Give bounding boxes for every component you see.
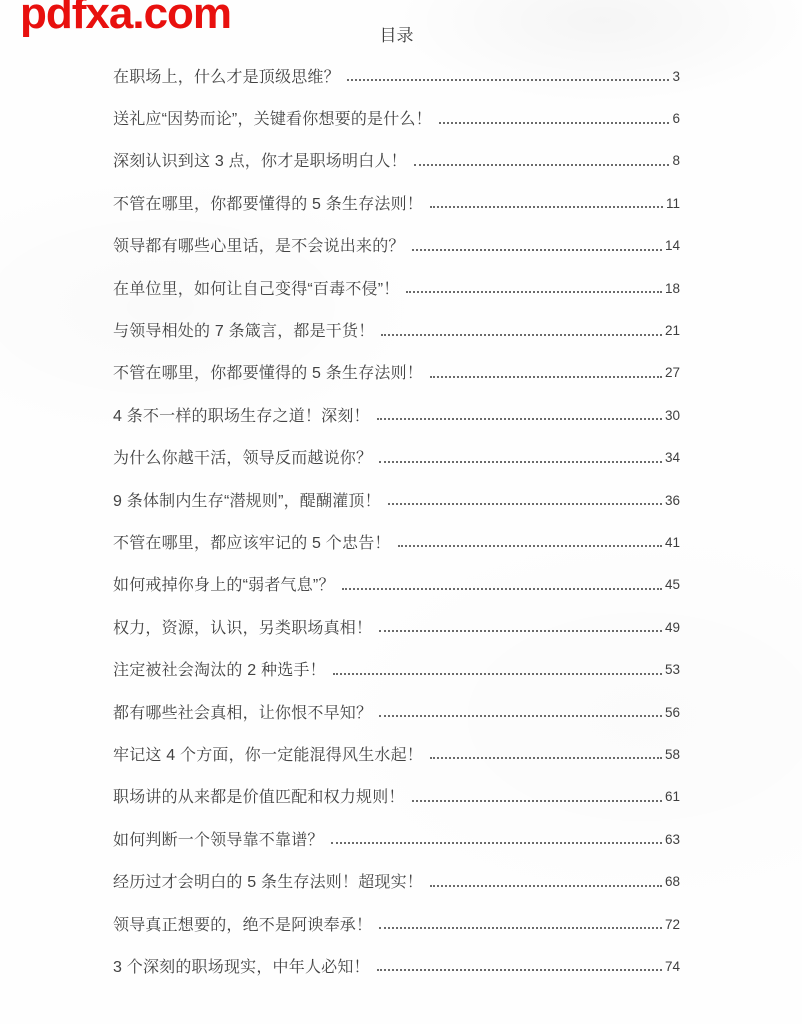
toc-entry-title: 3 个深刻的职场现实，中年人必知！ xyxy=(113,954,370,977)
toc-entry-title: 权力，资源，认识，另类职场真相！ xyxy=(113,615,372,638)
toc-entry-title: 领导真正想要的，绝不是阿谀奉承！ xyxy=(113,912,372,935)
toc-entry-page: 36 xyxy=(665,493,680,508)
dot-leader xyxy=(430,206,663,208)
dot-leader xyxy=(381,334,662,336)
toc-entry-page: 45 xyxy=(665,577,680,592)
toc-entry-page: 6 xyxy=(672,111,680,126)
toc-entry: 不管在哪里，都应该牢记的 5 个忠告！41 xyxy=(113,520,680,562)
dot-leader xyxy=(379,630,662,632)
toc-entry-title: 如何判断一个领导靠不靠谱？ xyxy=(113,827,324,850)
toc-entry-page: 21 xyxy=(665,323,680,338)
toc-entry-page: 58 xyxy=(665,747,680,762)
toc-entry: 如何判断一个领导靠不靠谱？63 xyxy=(113,817,680,859)
toc-entry-page: 61 xyxy=(665,789,680,804)
toc-entry: 领导都有哪些心里话，是不会说出来的？14 xyxy=(113,224,680,266)
toc-entry-page: 27 xyxy=(665,365,680,380)
toc-entry-title: 深刻认识到这 3 点，你才是职场明白人！ xyxy=(113,148,407,171)
dot-leader xyxy=(439,122,670,124)
dot-leader xyxy=(430,885,662,887)
toc-entry-title: 不管在哪里，都应该牢记的 5 个忠告！ xyxy=(113,530,391,553)
toc-entry-title: 在单位里，如何让自己变得“百毒不侵”！ xyxy=(113,276,399,299)
dot-leader xyxy=(414,164,670,166)
dot-leader xyxy=(379,461,662,463)
toc-entry-title: 都有哪些社会真相，让你恨不早知？ xyxy=(113,700,372,723)
dot-leader xyxy=(331,842,662,844)
dot-leader xyxy=(347,79,670,81)
toc-entry-page: 34 xyxy=(665,450,680,465)
toc-entry-title: 4 条不一样的职场生存之道！深刻！ xyxy=(113,403,370,426)
toc-entry: 经历过才会明白的 5 条生存法则！超现实！68 xyxy=(113,859,680,901)
toc-entry-title: 如何戒掉你身上的“弱者气息”？ xyxy=(113,572,335,595)
toc-entry: 9 条体制内生存“潜规则”，醍醐灌顶！36 xyxy=(113,478,680,520)
toc-entry-title: 送礼应“因势而论”，关键看你想要的是什么！ xyxy=(113,106,432,129)
toc-entry-title: 牢记这 4 个方面，你一定能混得风生水起！ xyxy=(113,742,423,765)
document-page: 目录 在职场上，什么才是顶级思维？3 送礼应“因势而论”，关键看你想要的是什么！… xyxy=(113,24,680,987)
toc-entry-page: 56 xyxy=(665,705,680,720)
toc-entry-title: 注定被社会淘汰的 2 种选手！ xyxy=(113,657,326,680)
toc-entry-page: 68 xyxy=(665,874,680,889)
dot-leader xyxy=(377,418,662,420)
toc-entry: 都有哪些社会真相，让你恨不早知？56 xyxy=(113,690,680,732)
toc-entry-page: 49 xyxy=(665,620,680,635)
toc-entry: 领导真正想要的，绝不是阿谀奉承！72 xyxy=(113,902,680,944)
toc-entry-title: 不管在哪里，你都要懂得的 5 条生存法则！ xyxy=(113,360,423,383)
toc-entry: 在职场上，什么才是顶级思维？3 xyxy=(113,54,680,96)
toc-entry-page: 3 xyxy=(672,69,680,84)
toc-entry: 权力，资源，认识，另类职场真相！49 xyxy=(113,605,680,647)
dot-leader xyxy=(333,673,662,675)
dot-leader xyxy=(342,588,662,590)
toc-entry-title: 经历过才会明白的 5 条生存法则！超现实！ xyxy=(113,869,423,892)
dot-leader xyxy=(406,291,662,293)
toc-entry: 为什么你越干活，领导反而越说你？34 xyxy=(113,436,680,478)
toc-entry-title: 职场讲的从来都是价值匹配和权力规则！ xyxy=(113,784,405,807)
toc-entry-title: 领导都有哪些心里话，是不会说出来的？ xyxy=(113,233,405,256)
toc-entry: 不管在哪里，你都要懂得的 5 条生存法则！11 xyxy=(113,181,680,223)
toc-entry-page: 74 xyxy=(665,959,680,974)
toc-entry: 4 条不一样的职场生存之道！深刻！30 xyxy=(113,393,680,435)
toc-entry-page: 72 xyxy=(665,917,680,932)
toc-entry-page: 41 xyxy=(665,535,680,550)
toc-entry-page: 14 xyxy=(665,238,680,253)
toc-entry: 不管在哪里，你都要懂得的 5 条生存法则！27 xyxy=(113,351,680,393)
toc-entry-title: 在职场上，什么才是顶级思维？ xyxy=(113,64,340,87)
toc-entry: 3 个深刻的职场现实，中年人必知！74 xyxy=(113,944,680,986)
dot-leader xyxy=(379,927,662,929)
toc-list: 在职场上，什么才是顶级思维？3 送礼应“因势而论”，关键看你想要的是什么！6 深… xyxy=(113,54,680,987)
page-title: 目录 xyxy=(113,24,680,48)
toc-entry: 职场讲的从来都是价值匹配和权力规则！61 xyxy=(113,775,680,817)
toc-entry: 注定被社会淘汰的 2 种选手！53 xyxy=(113,647,680,689)
dot-leader xyxy=(412,249,662,251)
toc-entry: 与领导相处的 7 条箴言，都是干货！21 xyxy=(113,308,680,350)
dot-leader xyxy=(430,376,662,378)
toc-entry: 送礼应“因势而论”，关键看你想要的是什么！6 xyxy=(113,96,680,138)
toc-entry-page: 30 xyxy=(665,408,680,423)
dot-leader xyxy=(379,715,662,717)
toc-entry-page: 11 xyxy=(666,196,680,211)
dot-leader xyxy=(377,969,662,971)
toc-entry-title: 不管在哪里，你都要懂得的 5 条生存法则！ xyxy=(113,191,423,214)
toc-entry-title: 为什么你越干活，领导反而越说你？ xyxy=(113,445,372,468)
toc-entry: 牢记这 4 个方面，你一定能混得风生水起！58 xyxy=(113,732,680,774)
toc-entry: 在单位里，如何让自己变得“百毒不侵”！18 xyxy=(113,266,680,308)
toc-entry: 如何戒掉你身上的“弱者气息”？45 xyxy=(113,563,680,605)
dot-leader xyxy=(430,757,662,759)
dot-leader xyxy=(412,800,662,802)
toc-entry-page: 8 xyxy=(672,153,680,168)
dot-leader xyxy=(388,503,662,505)
toc-entry-page: 53 xyxy=(665,662,680,677)
toc-entry-page: 18 xyxy=(665,281,680,296)
toc-entry-title: 9 条体制内生存“潜规则”，醍醐灌顶！ xyxy=(113,488,381,511)
toc-entry: 深刻认识到这 3 点，你才是职场明白人！8 xyxy=(113,139,680,181)
dot-leader xyxy=(398,545,662,547)
toc-entry-page: 63 xyxy=(665,832,680,847)
toc-entry-title: 与领导相处的 7 条箴言，都是干货！ xyxy=(113,318,374,341)
